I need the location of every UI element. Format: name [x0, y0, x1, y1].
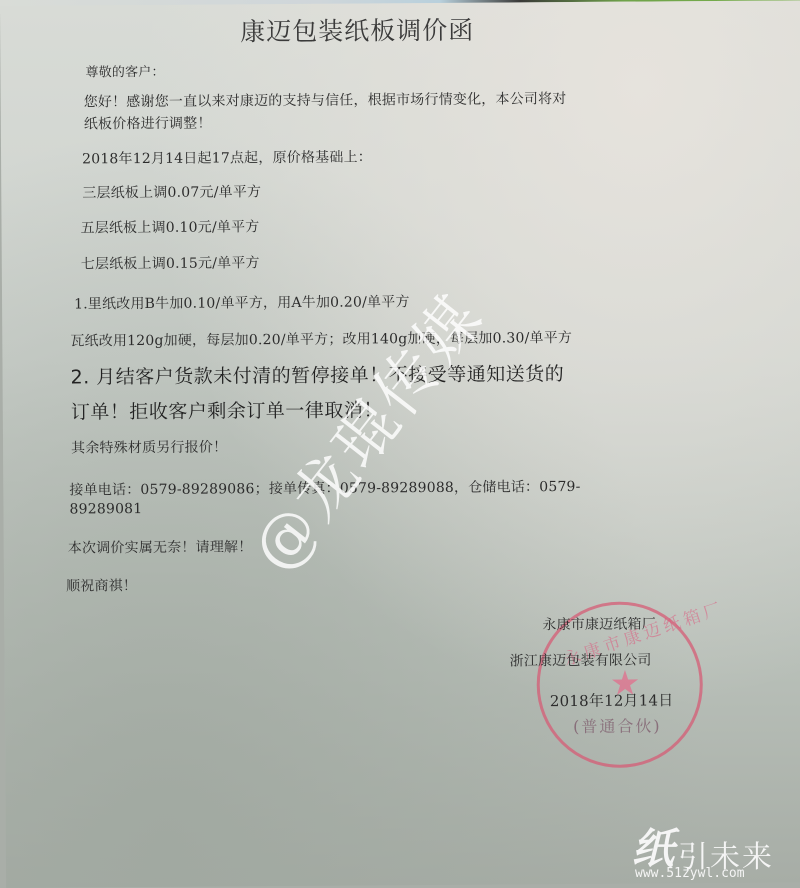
letter-title: 康迈包装纸板调价函	[240, 11, 474, 49]
seal-sub-text: (普通合伙)	[573, 713, 662, 737]
signature-company-2: 浙江康迈包装有限公司	[510, 649, 652, 670]
item-1-line-1: 1.里纸改用B牛加0.10/单平方，用A牛加0.20/单平方	[74, 291, 410, 313]
price-adjustment-three-layer: 三层纸板上调0.07元/单平方	[82, 181, 261, 202]
apology-line: 本次调价实属无奈！请理解！	[68, 536, 253, 557]
intro-line-1: 您好！感谢您一直以来对康迈的支持与信任，根据市场行情变化，本公司将对	[84, 88, 567, 111]
greeting: 尊敬的客户：	[85, 61, 164, 81]
item-2-line-1: 2. 月结客户货款未付清的暂停接单！不接受等通知送货的	[70, 359, 564, 389]
effective-date-line: 2018年12月14日起17点起，原价格基础上：	[82, 146, 372, 168]
logo-url: www.51zywl.com	[635, 866, 745, 881]
contact-line-2: 89289081	[69, 501, 142, 518]
closing-line: 顺祝商祺！	[66, 575, 137, 595]
price-adjustment-five-layer: 五层纸板上调0.10元/单平方	[80, 216, 259, 237]
intro-line-2: 纸板价格进行调整！	[84, 113, 212, 134]
other-materials-note: 其余特殊材质另行报价！	[71, 436, 227, 457]
price-adjustment-seven-layer: 七层纸板上调0.15元/单平方	[81, 252, 260, 273]
signature-company-1: 永康市康迈纸箱厂	[542, 613, 656, 634]
signature-date: 2018年12月14日	[550, 689, 674, 711]
